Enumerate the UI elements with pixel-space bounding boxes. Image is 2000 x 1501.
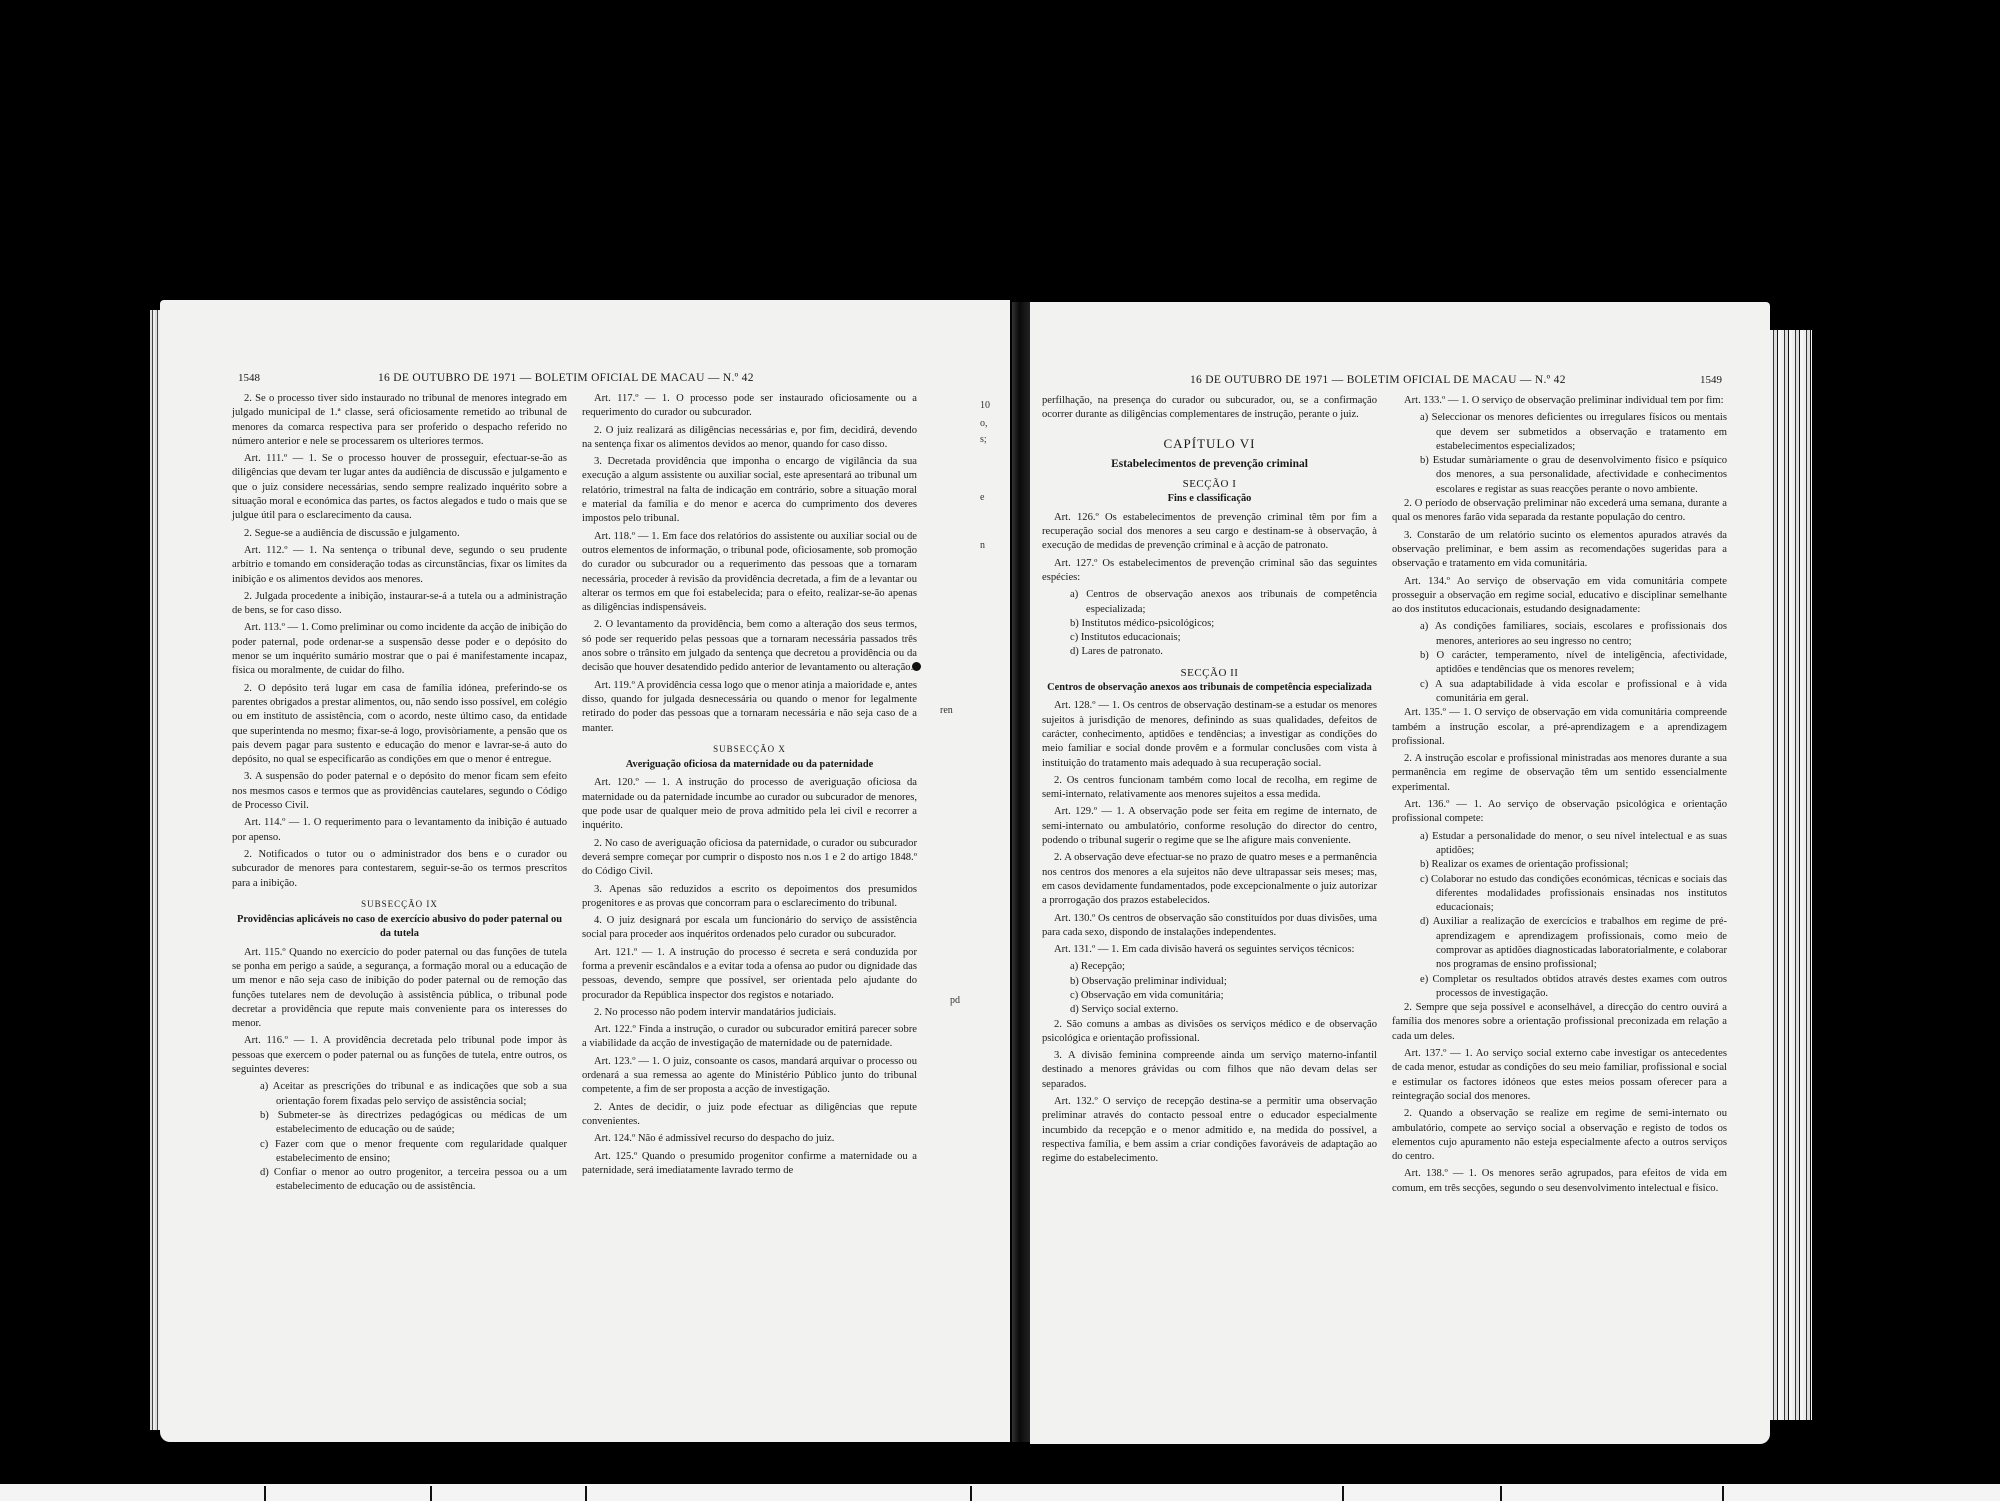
list-item: b) Institutos médico-psicológicos; (1042, 617, 1377, 631)
sub-title-heading: Providências aplicáveis no caso de exerc… (232, 913, 567, 942)
list-item: c) Colaborar no estudo das condições eco… (1392, 873, 1727, 916)
article-paragraph: 2. Sempre que seja possível e aconselháv… (1392, 1001, 1727, 1044)
left-page-column-1: 2. Se o processo tiver sido instaurado n… (232, 392, 567, 1195)
article-paragraph: 2. Quando a observação se realize em reg… (1392, 1107, 1727, 1164)
right-page: 16 DE OUTUBRO DE 1971 — BOLETIM OFICIAL … (1030, 302, 1770, 1444)
article-paragraph: 2. Julgada procedente a inibição, instau… (232, 590, 567, 619)
article-paragraph: 2. O depósito terá lugar em casa de famí… (232, 682, 567, 768)
margin-fragment: pd (950, 995, 960, 1006)
article-paragraph: Art. 130.º Os centros de observação são … (1042, 912, 1377, 941)
list-item: a) Centros de observação anexos aos trib… (1042, 588, 1377, 617)
list-item: b) Submeter-se às directrizes pedagógica… (232, 1109, 567, 1138)
scan-marker (430, 1486, 432, 1501)
scan-bottom-strip (0, 1484, 2000, 1501)
article-paragraph: Art. 129.º — 1. A observação pode ser fe… (1042, 805, 1377, 848)
list-item: b) O carácter, temperamento, nível de in… (1392, 649, 1727, 678)
article-paragraph: Art. 124.º Não é admissível recurso do d… (582, 1132, 917, 1146)
article-paragraph: 2. A instrução escolar e profissional mi… (1392, 752, 1727, 795)
article-paragraph: 3. Apenas são reduzidos a escrito os dep… (582, 883, 917, 912)
page-number: 1548 (238, 372, 260, 384)
ink-spot (912, 662, 921, 671)
left-page: 1548 16 DE OUTUBRO DE 1971 — BOLETIM OFI… (160, 300, 1010, 1442)
list-item: c) Institutos educacionais; (1042, 631, 1377, 645)
chapter-heading: CAPÍTULO VI (1042, 437, 1377, 451)
article-paragraph: 2. O juiz realizará as diligências neces… (582, 424, 917, 453)
article-paragraph: Art. 125.º Quando o presumido progenitor… (582, 1150, 917, 1179)
list-item: a) Seleccionar os menores deficientes ou… (1392, 411, 1727, 454)
article-paragraph: 2. Se o processo tiver sido instaurado n… (232, 392, 567, 449)
article-paragraph: Art. 116.º — 1. A providência decretada … (232, 1034, 567, 1077)
article-paragraph: 2. Antes de decidir, o juiz pode efectua… (582, 1101, 917, 1130)
sub-heading: SUBSECÇÃO X (582, 742, 917, 756)
article-paragraph: Art. 118.º — 1. Em face dos relatórios d… (582, 530, 917, 616)
list-item: c) Fazer com que o menor frequente com r… (232, 1138, 567, 1167)
margin-fragment: s; (980, 434, 987, 445)
article-paragraph: Art. 122.º Finda a instrução, o curador … (582, 1023, 917, 1052)
article-paragraph: 3. A divisão feminina compreende ainda u… (1042, 1049, 1377, 1092)
sub-heading: SUBSECÇÃO IX (232, 897, 567, 911)
article-paragraph: Art. 111.º — 1. Se o processo houver de … (232, 452, 567, 523)
article-paragraph: 2. No caso de averiguação oficiosa da pa… (582, 837, 917, 880)
scan-marker (264, 1486, 266, 1501)
article-paragraph: Art. 137.º — 1. Ao serviço social extern… (1392, 1047, 1727, 1104)
list-item: b) Realizar os exames de orientação prof… (1392, 858, 1727, 872)
scan-marker (1500, 1486, 1502, 1501)
article-paragraph: 2. No processo não podem intervir mandat… (582, 1006, 917, 1020)
list-item: c) A sua adaptabilidade à vida escolar e… (1392, 678, 1727, 707)
list-item: a) Aceitar as prescrições do tribunal e … (232, 1080, 567, 1109)
article-paragraph: 2. O período de observação preliminar nã… (1392, 497, 1727, 526)
article-paragraph: Art. 115.º Quando no exercício do poder … (232, 946, 567, 1032)
list-item: b) Estudar sumàriamente o grau de desenv… (1392, 454, 1727, 497)
article-paragraph: Art. 127.º Os estabelecimentos de preven… (1042, 557, 1377, 586)
article-paragraph: 2. O levantamento da providência, bem co… (582, 618, 917, 675)
list-item: a) Estudar a personalidade do menor, o s… (1392, 830, 1727, 859)
right-page-column-1: perfilhação, na presença do curador ou s… (1042, 394, 1377, 1170)
article-paragraph: Art. 138.º — 1. Os menores serão agrupad… (1392, 1167, 1727, 1196)
sub-title-heading: Fins e classificação (1042, 492, 1377, 506)
margin-fragment: ren (940, 705, 953, 716)
article-paragraph: Art. 113.º — 1. Como preliminar ou como … (232, 621, 567, 678)
article-paragraph: Art. 123.º — 1. O juiz, consoante os cas… (582, 1055, 917, 1098)
book-spine (1012, 302, 1030, 1442)
article-paragraph: Art. 117.º — 1. O processo pode ser inst… (582, 392, 917, 421)
list-item: d) Confiar o menor ao outro progenitor, … (232, 1166, 567, 1195)
left-page-column-2: Art. 117.º — 1. O processo pode ser inst… (582, 392, 917, 1181)
chapter-title-heading: Estabelecimentos de prevenção criminal (1042, 457, 1377, 471)
list-item: d) Lares de patronato. (1042, 645, 1377, 659)
running-head: 16 DE OUTUBRO DE 1971 — BOLETIM OFICIAL … (1190, 374, 1566, 386)
running-head: 16 DE OUTUBRO DE 1971 — BOLETIM OFICIAL … (378, 372, 754, 384)
section-heading: SECÇÃO II (1042, 666, 1377, 680)
article-paragraph: 2. Segue-se a audiência de discussão e j… (232, 527, 567, 541)
article-paragraph: Art. 120.º — 1. A instrução do processo … (582, 776, 917, 833)
article-paragraph: Art. 135.º — 1. O serviço de observação … (1392, 706, 1727, 749)
article-paragraph: Art. 136.º — 1. Ao serviço de observação… (1392, 798, 1727, 827)
article-paragraph: 4. O juiz designará por escala um funcio… (582, 914, 917, 943)
section-heading: SECÇÃO I (1042, 477, 1377, 491)
list-item: a) As condições familiares, sociais, esc… (1392, 620, 1727, 649)
scan-marker (1342, 1486, 1344, 1501)
article-paragraph: 3. Constarão de um relatório sucinto os … (1392, 529, 1727, 572)
margin-fragment: e (980, 492, 984, 503)
article-paragraph: 3. Decretada providência que imponha o e… (582, 455, 917, 526)
sub-title-heading: Averiguação oficiosa da maternidade ou d… (582, 758, 917, 772)
list-item: a) Recepção; (1042, 960, 1377, 974)
article-paragraph: Art. 121.º — 1. A instrução do processo … (582, 946, 917, 1003)
list-item: b) Observação preliminar individual; (1042, 975, 1377, 989)
right-page-stack-edge (1770, 330, 1812, 1420)
article-paragraph: Art. 132.º O serviço de recepção destina… (1042, 1095, 1377, 1166)
article-paragraph: perfilhação, na presença do curador ou s… (1042, 394, 1377, 423)
right-page-column-2: Art. 133.º — 1. O serviço de observação … (1392, 394, 1727, 1199)
article-paragraph: 2. Notificados o tutor ou o administrado… (232, 848, 567, 891)
scan-marker (585, 1486, 587, 1501)
sub-title-heading: Centros de observação anexos aos tribuna… (1042, 681, 1377, 695)
article-paragraph: Art. 119.º A providência cessa logo que … (582, 679, 917, 736)
list-item: e) Completar os resultados obtidos atrav… (1392, 973, 1727, 1002)
list-item: d) Auxiliar a realização de exercícios e… (1392, 915, 1727, 972)
list-item: c) Observação em vida comunitária; (1042, 989, 1377, 1003)
margin-fragment: o, (980, 418, 988, 429)
article-paragraph: 2. A observação deve efectuar-se no praz… (1042, 851, 1377, 908)
list-item: d) Serviço social externo. (1042, 1003, 1377, 1017)
margin-fragment: n (980, 540, 985, 551)
article-paragraph: Art. 112.º — 1. Na sentença o tribunal d… (232, 544, 567, 587)
margin-fragment: 10 (980, 400, 990, 411)
article-paragraph: Art. 114.º — 1. O requerimento para o le… (232, 816, 567, 845)
scan-marker (1722, 1486, 1724, 1501)
article-paragraph: Art. 131.º — 1. Em cada divisão haverá o… (1042, 943, 1377, 957)
article-paragraph: Art. 133.º — 1. O serviço de observação … (1392, 394, 1727, 408)
article-paragraph: Art. 134.º Ao serviço de observação em v… (1392, 575, 1727, 618)
scan-marker (970, 1486, 972, 1501)
article-paragraph: 3. A suspensão do poder paternal e o dep… (232, 770, 567, 813)
article-paragraph: Art. 128.º — 1. Os centros de observação… (1042, 699, 1377, 770)
page-number: 1549 (1700, 374, 1722, 386)
article-paragraph: Art. 126.º Os estabelecimentos de preven… (1042, 511, 1377, 554)
article-paragraph: 2. Os centros funcionam também como loca… (1042, 774, 1377, 803)
article-paragraph: 2. São comuns a ambas as divisões os ser… (1042, 1018, 1377, 1047)
